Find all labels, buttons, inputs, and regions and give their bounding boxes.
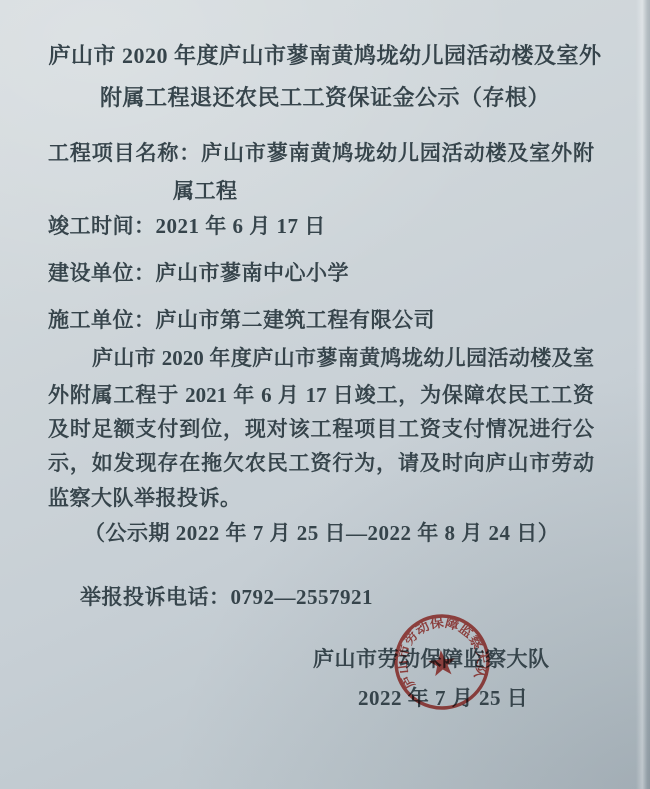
body-line-2: 外附属工程于 2021 年 6 月 17 日竣工，为保障农民工工资	[48, 381, 594, 409]
completion-date-line: 竣工时间：2021 年 6 月 17 日	[48, 212, 326, 240]
stamp-ring-text: 庐山市劳动保障监察大队	[391, 610, 492, 692]
title-line-2: 附属工程退还农民工工资保证金公示（存根）	[0, 84, 650, 112]
project-name-line-1: 工程项目名称：庐山市蓼南黄鸠垅幼儿园活动楼及室外附	[48, 139, 594, 167]
body-line-3: 及时足额支付到位，现对该工程项目工资支付情况进行公	[48, 415, 594, 443]
publicity-period-line: （公示期 2022 年 7 月 25 日—2022 年 8 月 24 日）	[84, 519, 559, 547]
construction-unit-line: 建设单位：庐山市蓼南中心小学	[48, 259, 349, 287]
body-line-4: 示，如发现存在拖欠农民工资行为，请及时向庐山市劳动	[48, 449, 594, 477]
paper-right-edge	[636, 0, 650, 789]
document-photo: 庐山市 2020 年度庐山市蓼南黄鸠垅幼儿园活动楼及室外 附属工程退还农民工工资…	[0, 0, 650, 789]
project-name-line-2: 属工程	[173, 177, 238, 205]
svg-text:庐山市劳动保障监察大队: 庐山市劳动保障监察大队	[391, 610, 492, 692]
contractor-unit-line: 施工单位：庐山市第二建筑工程有限公司	[48, 306, 435, 334]
hotline-line: 举报投诉电话：0792—2557921	[80, 583, 373, 611]
body-line-5: 监察大队举报投诉。	[48, 484, 242, 512]
star-icon	[428, 649, 457, 677]
official-stamp: 庐山市劳动保障监察大队	[383, 603, 502, 722]
title-line-1: 庐山市 2020 年度庐山市蓼南黄鸠垅幼儿园活动楼及室外	[0, 42, 650, 70]
body-line-1: 庐山市 2020 年度庐山市蓼南黄鸠垅幼儿园活动楼及室	[92, 344, 594, 372]
